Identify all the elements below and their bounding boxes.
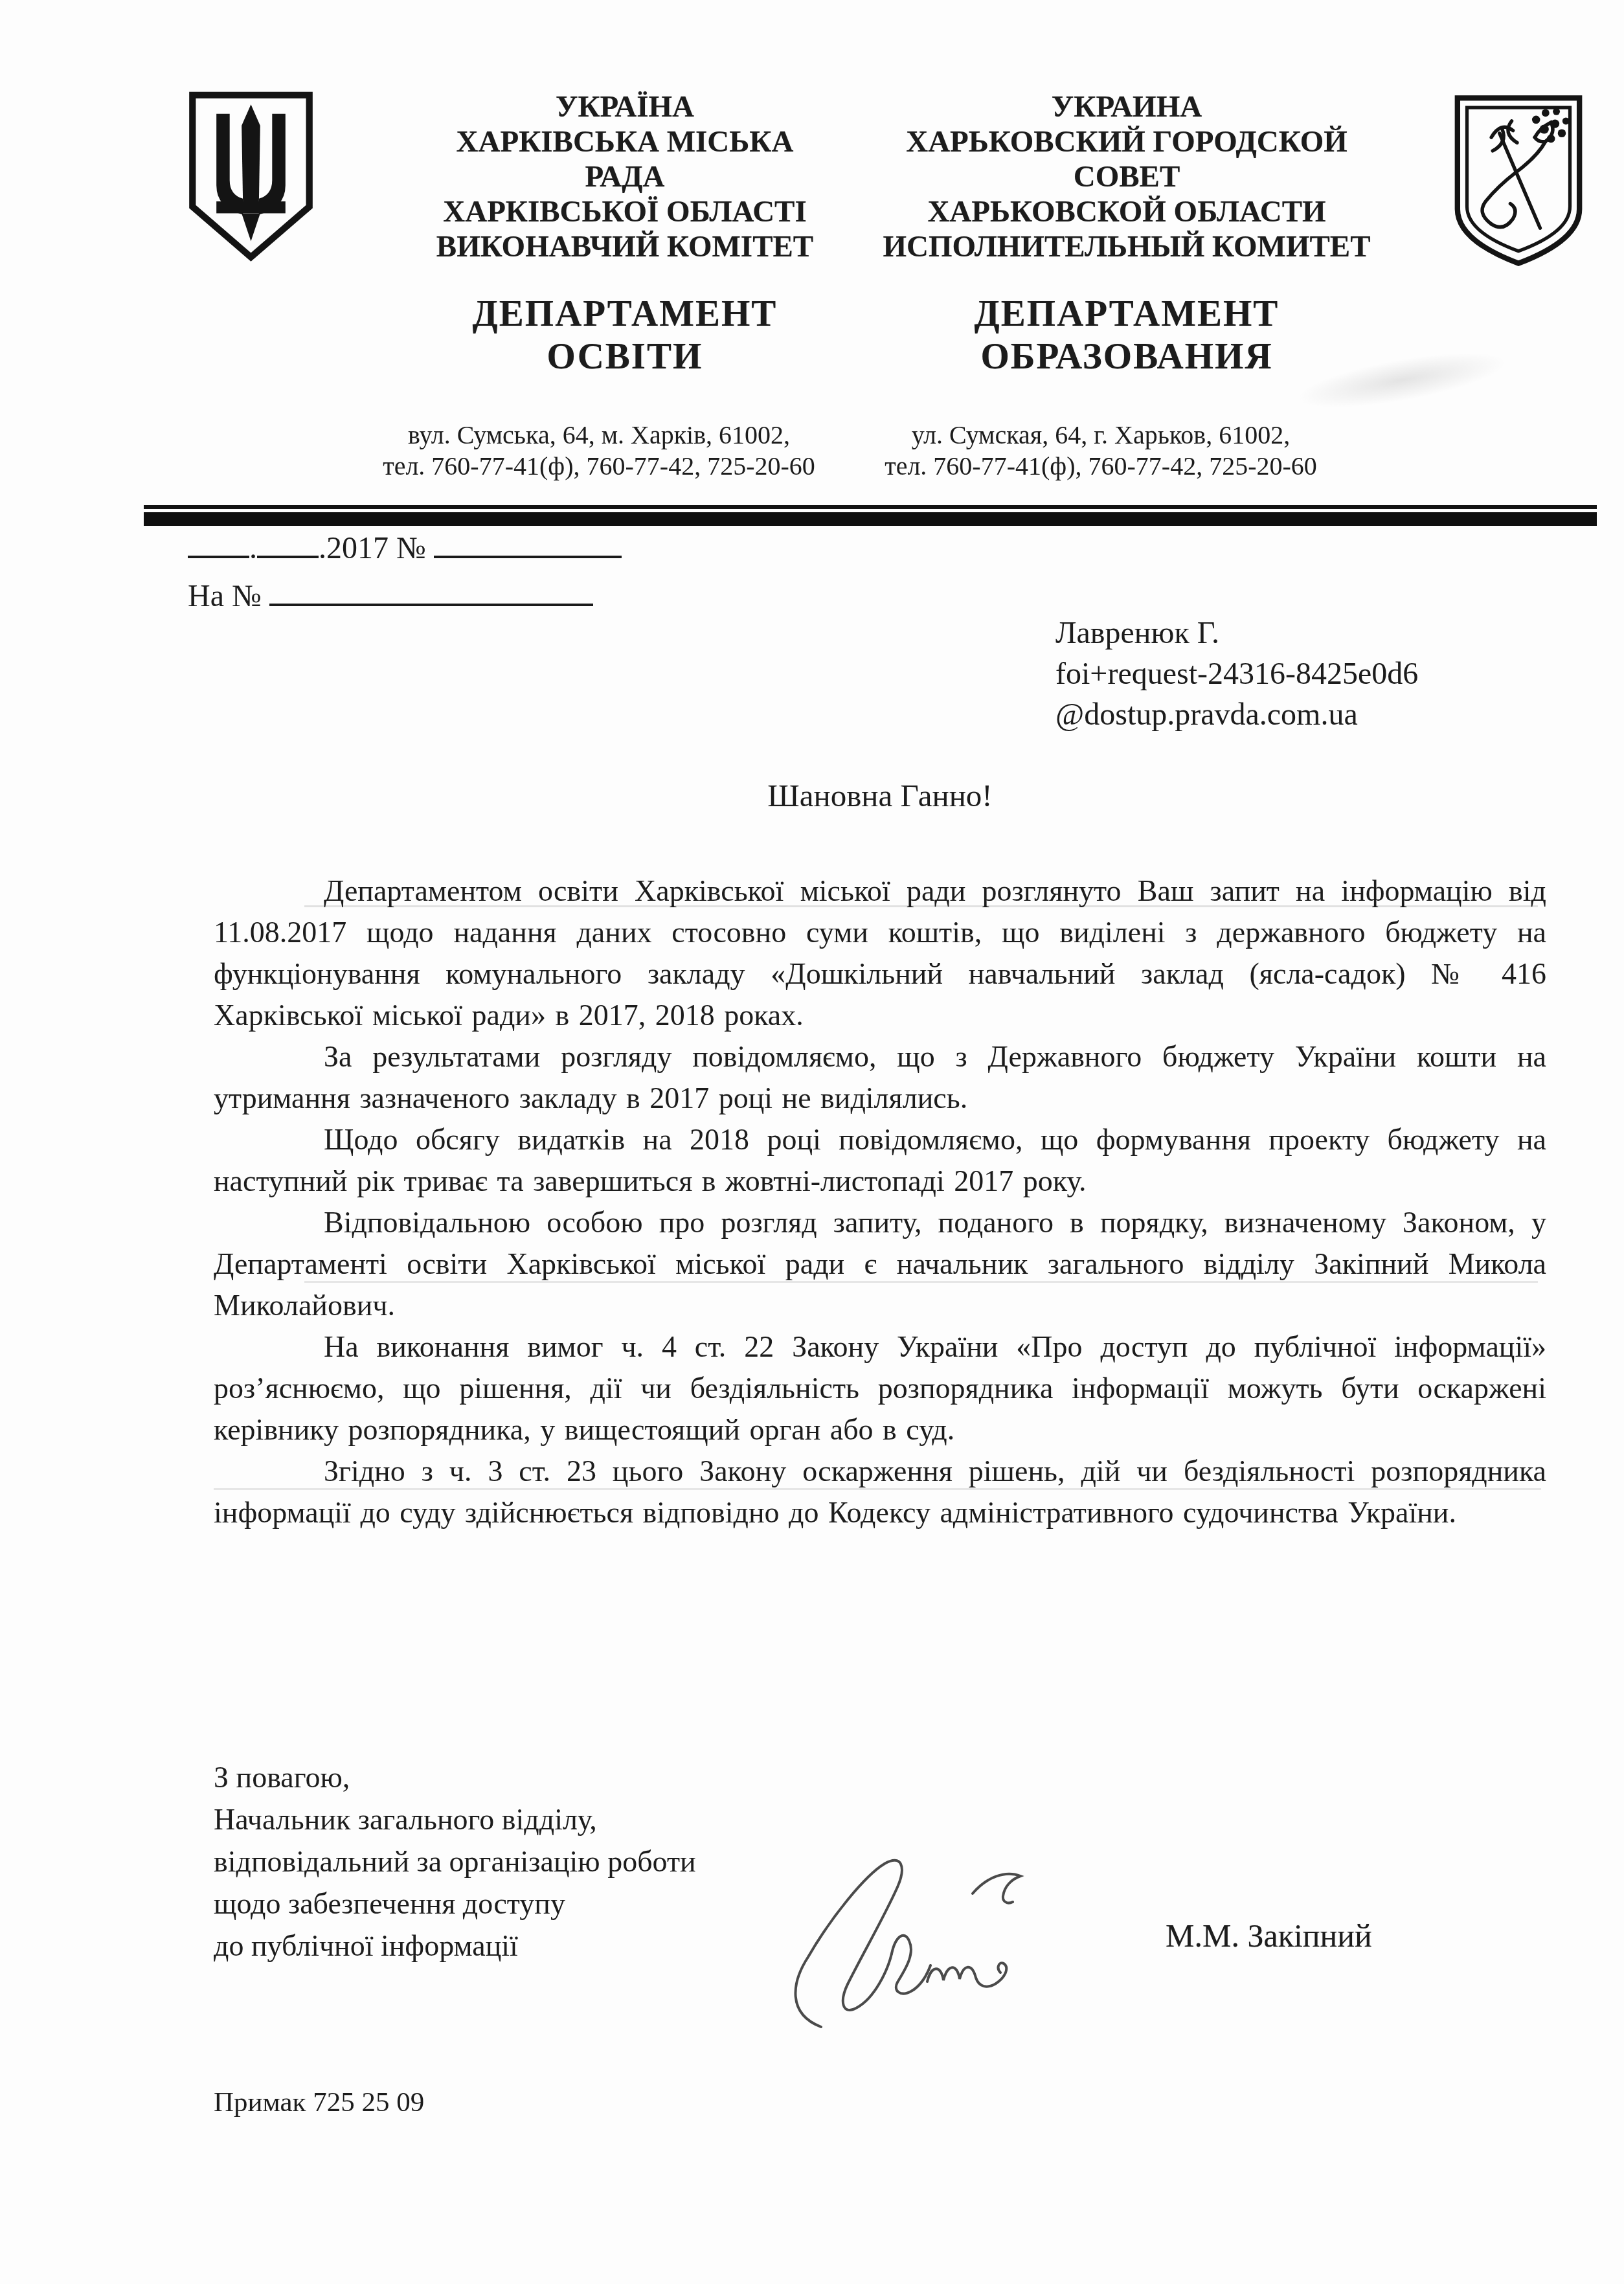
recipient-block: Лавренюк Г. foi+request-24316-8425e0d6 @…: [1055, 613, 1418, 735]
org-line: ХАРКІВСЬКА МІСЬКА: [340, 124, 910, 159]
scan-artifact-line: [214, 1488, 1541, 1490]
scanned-letter-page: УКРАЇНА ХАРКІВСЬКА МІСЬКА РАДА ХАРКІВСЬК…: [0, 0, 1624, 2284]
address-line: ул. Сумская, 64, г. Харьков, 61002,: [835, 420, 1366, 451]
address-ukrainian: вул. Сумська, 64, м. Харків, 61002, тел.…: [291, 420, 907, 482]
signer-name: М.М. Закіпний: [1166, 1917, 1372, 1954]
date-month-blank: [257, 527, 319, 558]
reply-to-label: На №: [188, 579, 262, 613]
date-separator: .: [249, 531, 257, 565]
address-russian: ул. Сумская, 64, г. Харьков, 61002, тел.…: [835, 420, 1366, 482]
body-paragraph: За результатами розгляду повідомляємо, щ…: [214, 1036, 1546, 1119]
recipient-email-local-part: foi+request-24316-8425e0d6: [1055, 653, 1418, 694]
closing-line: до публічної інформації: [214, 1925, 696, 1967]
closing-line: З повагою,: [214, 1756, 696, 1798]
scan-artifact-line: [304, 1281, 1538, 1283]
kharkiv-city-coat-of-arms: [1449, 93, 1588, 269]
reply-to-line: На №: [188, 572, 622, 620]
recipient-email-domain: @dostup.pravda.com.ua: [1055, 694, 1418, 735]
body-paragraph: Департаментом освіти Харківської міської…: [214, 870, 1546, 1036]
body-paragraph: На виконання вимог ч. 4 ст. 22 Закону Ук…: [214, 1326, 1546, 1451]
org-line: УКРАЇНА: [340, 89, 910, 124]
letter-body: Департаментом освіти Харківської міської…: [214, 870, 1546, 1533]
department-line: ОБРАЗОВАНИЯ: [861, 335, 1392, 378]
org-line: РАДА: [340, 159, 910, 194]
org-line: СОВЕТ: [861, 159, 1392, 194]
closing-block: З повагою, Начальник загального відділу,…: [214, 1756, 696, 1967]
recipient-name: Лавренюк Г.: [1055, 613, 1418, 653]
reply-to-number-blank: [269, 575, 593, 606]
org-line: ИСПОЛНИТЕЛЬНЫЙ КОМИТЕТ: [861, 229, 1392, 264]
date-line: ..2017 №: [188, 525, 622, 572]
body-paragraph: Згідно з ч. 3 ст. 23 цього Закону оскарж…: [214, 1451, 1546, 1533]
org-line: ХАРКІВСЬКОЇ ОБЛАСТІ: [340, 194, 910, 229]
date-year-and-number: .2017 №: [319, 531, 426, 565]
department-name-ukrainian: ДЕПАРТАМЕНТ ОСВІТИ: [340, 293, 910, 378]
address-line: вул. Сумська, 64, м. Харків, 61002,: [291, 420, 907, 451]
org-line: ХАРЬКОВСКИЙ ГОРОДСКОЙ: [861, 124, 1392, 159]
department-line: ДЕПАРТАМЕНТ: [861, 293, 1392, 335]
handwritten-signature: [745, 1831, 1068, 2045]
date-day-blank: [188, 527, 249, 558]
address-line: тел. 760-77-41(ф), 760-77-42, 725-20-60: [835, 451, 1366, 482]
closing-line: Начальник загального відділу,: [214, 1798, 696, 1840]
department-line: ДЕПАРТАМЕНТ: [340, 293, 910, 335]
org-name-russian: УКРАИНА ХАРЬКОВСКИЙ ГОРОДСКОЙ СОВЕТ ХАРЬ…: [861, 89, 1392, 264]
header-divider-rule: [144, 505, 1597, 526]
body-paragraph: Щодо обсягу видатків на 2018 році повідо…: [214, 1119, 1546, 1202]
address-line: тел. 760-77-41(ф), 760-77-42, 725-20-60: [291, 451, 907, 482]
org-line: УКРАИНА: [861, 89, 1392, 124]
department-name-russian: ДЕПАРТАМЕНТ ОБРАЗОВАНИЯ: [861, 293, 1392, 378]
org-line: ВИКОНАВЧИЙ КОМІТЕТ: [340, 229, 910, 264]
executor-contact: Примак 725 25 09: [214, 2086, 424, 2118]
closing-line: щодо забезпечення доступу: [214, 1883, 696, 1925]
salutation: Шановна Ганно!: [214, 777, 1546, 814]
org-line: ХАРЬКОВСКОЙ ОБЛАСТИ: [861, 194, 1392, 229]
reference-block: ..2017 № На №: [188, 525, 622, 620]
ukraine-trident-emblem: [185, 89, 317, 263]
closing-line: відповідальний за організацію роботи: [214, 1840, 696, 1883]
body-paragraph: Відповідальною особою про розгляд запиту…: [214, 1202, 1546, 1326]
outgoing-number-blank: [434, 527, 622, 558]
scan-artifact-line: [304, 905, 1538, 907]
org-name-ukrainian: УКРАЇНА ХАРКІВСЬКА МІСЬКА РАДА ХАРКІВСЬК…: [340, 89, 910, 264]
department-line: ОСВІТИ: [340, 335, 910, 378]
divider-bar: [144, 512, 1597, 526]
